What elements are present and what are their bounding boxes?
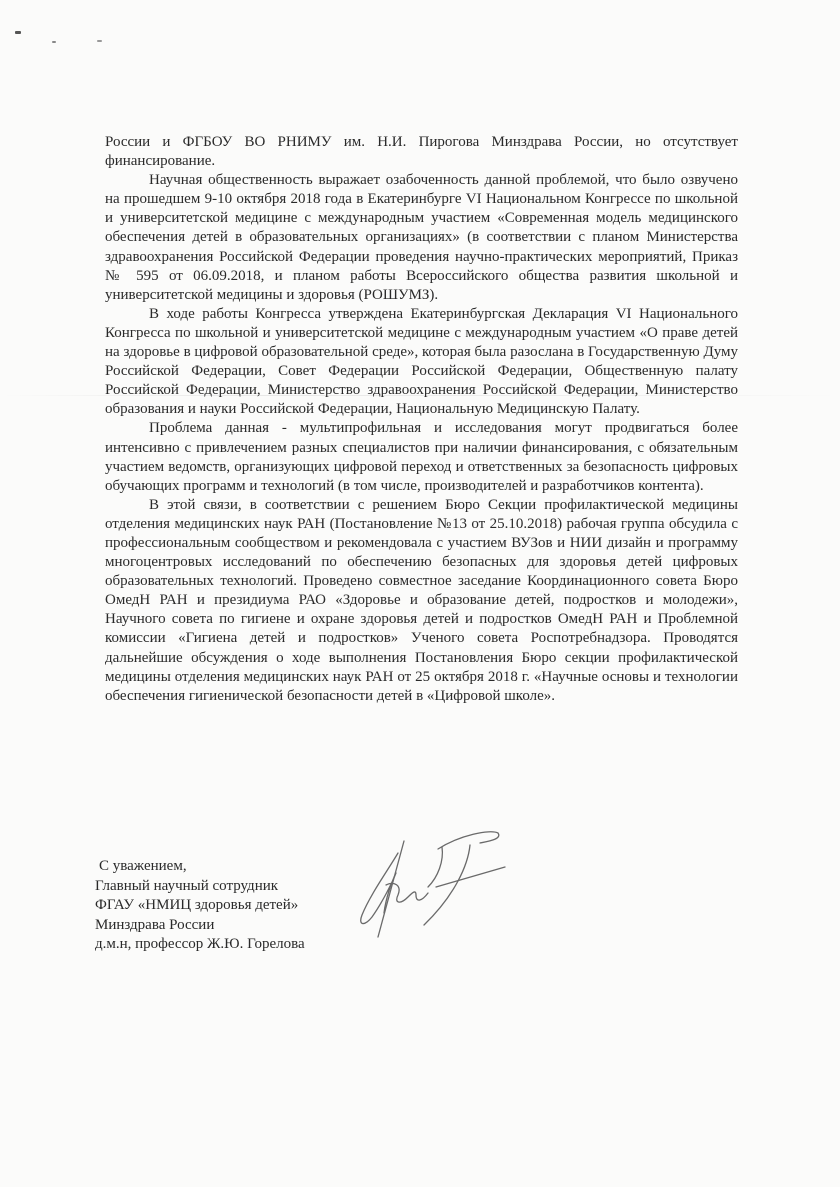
signatory-name: д.м.н, профессор Ж.Ю. Горелова	[95, 935, 305, 955]
signatory-position: Главный научный сотрудник	[95, 877, 305, 897]
paragraph-concern: Научная общественность выражает озабочен…	[105, 171, 738, 305]
scanned-letter-page: России и ФГБОУ ВО РНИМУ им. Н.И. Пирогов…	[0, 0, 840, 1187]
paragraph-declaration: В ходе работы Конгресса утверждена Екате…	[105, 305, 738, 420]
handwritten-signature-icon	[340, 825, 530, 945]
salutation: С уважением,	[95, 857, 305, 877]
paragraph-multiprofile: Проблема данная - мультипрофильная и исс…	[105, 419, 738, 495]
paragraph-funding: России и ФГБОУ ВО РНИМУ им. Н.И. Пирогов…	[105, 133, 738, 171]
signatory-ministry: Минздрава России	[95, 916, 305, 936]
paragraph-working-group: В этой связи, в соответствии с решением …	[105, 496, 738, 706]
scan-speck	[15, 31, 21, 34]
signatory-organization: ФГАУ «НМИЦ здоровья детей»	[95, 896, 305, 916]
scan-speck	[52, 41, 56, 43]
scan-speck	[97, 40, 102, 42]
letter-body: России и ФГБОУ ВО РНИМУ им. Н.И. Пирогов…	[105, 133, 738, 706]
letter-closing: С уважением, Главный научный сотрудник Ф…	[95, 857, 305, 955]
